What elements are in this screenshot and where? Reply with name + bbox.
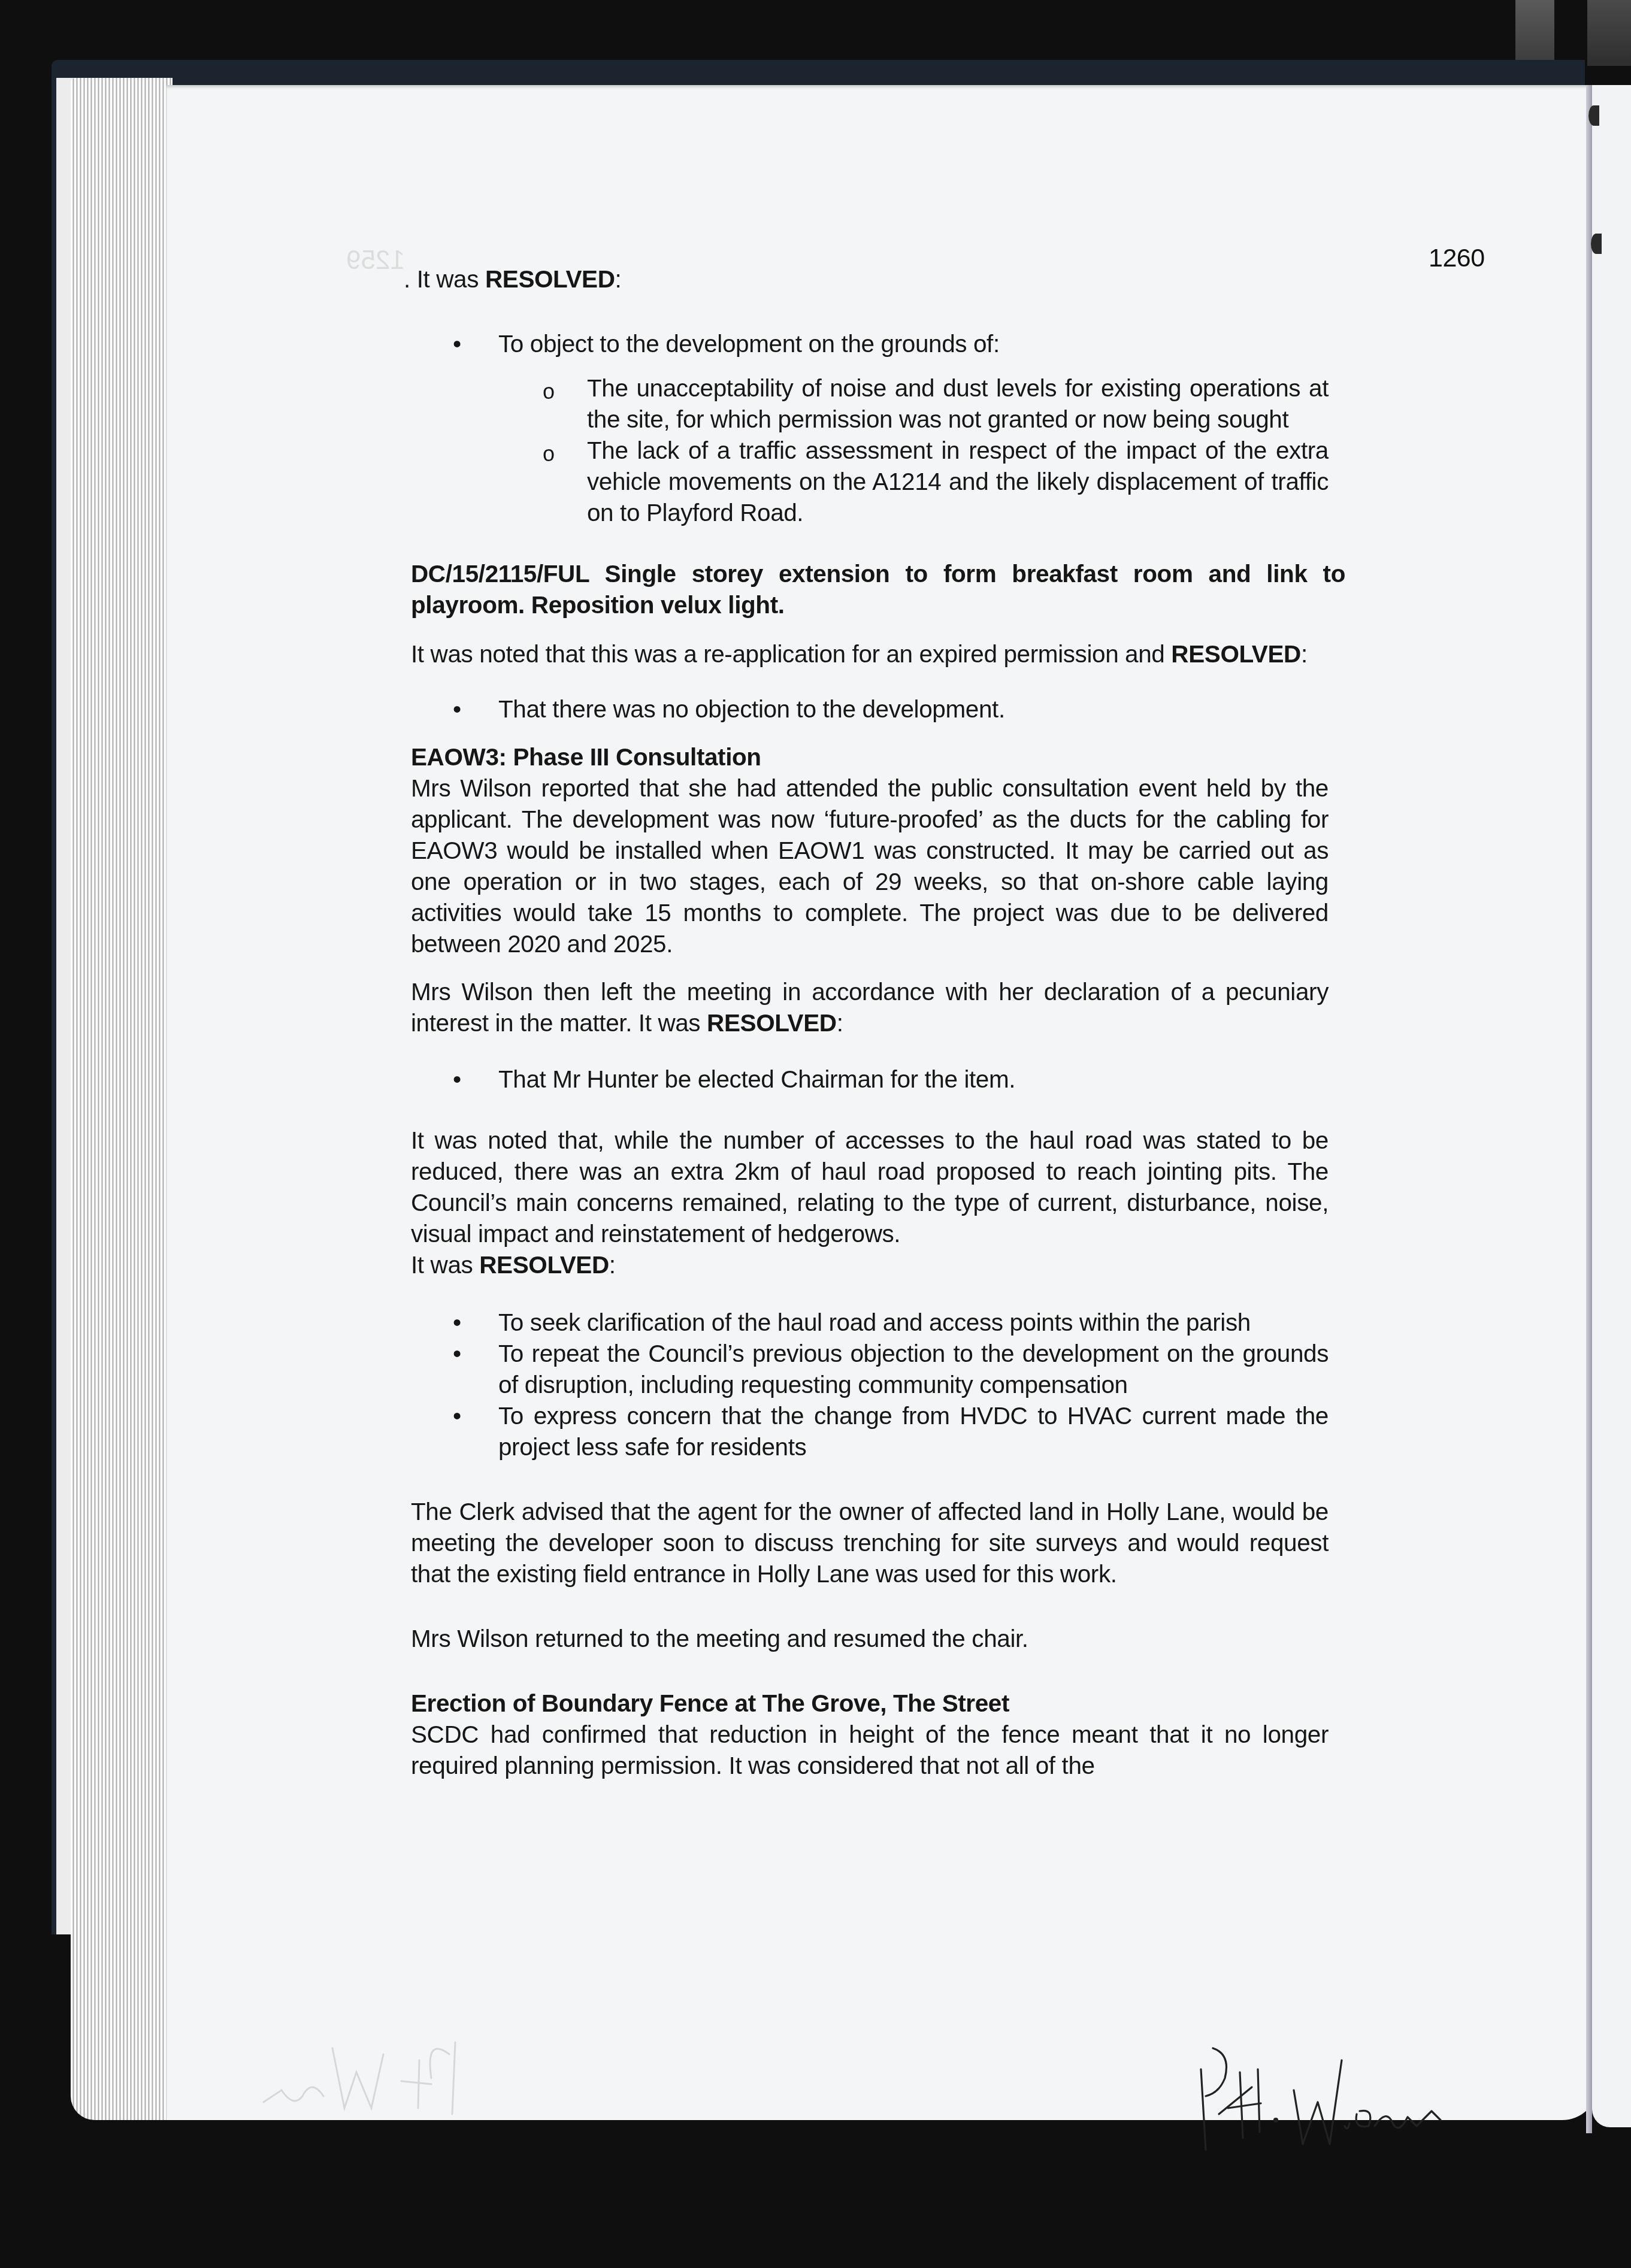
show-through-signature	[240, 2030, 467, 2120]
list-item: • To repeat the Council’s previous objec…	[411, 1338, 1329, 1400]
bullet-icon: •	[453, 1064, 461, 1095]
bullet-icon: •	[453, 694, 461, 725]
section-heading-eaow3: EAOW3: Phase III Consultation	[411, 741, 1329, 773]
book-gutter	[1586, 85, 1592, 2133]
bullet-icon: •	[453, 328, 461, 359]
section-heading-fence: Erection of Boundary Fence at The Grove,…	[411, 1688, 1329, 1719]
signature	[1195, 2036, 1447, 2156]
eaow3-resolved-line: It was RESOLVED:	[411, 1249, 1329, 1280]
objection-list: • To object to the development on the gr…	[411, 328, 1329, 359]
minutes-content: . It was RESOLVED: • To object to the de…	[411, 264, 1329, 1781]
dc15-paragraph: It was noted that this was a re-applicat…	[411, 638, 1329, 670]
page-stack-edges	[71, 78, 173, 2120]
bullet-icon: •	[453, 1307, 461, 1338]
page-number: 1260	[1429, 244, 1485, 273]
bullet-icon: •	[453, 1400, 461, 1431]
chairman-resolution-list: • That Mr Hunter be elected Chairman for…	[411, 1064, 1329, 1095]
binding-hole-icon	[1588, 105, 1599, 126]
section-heading-dc15: DC/15/2115/FUL Single storey extension t…	[411, 558, 1345, 620]
list-item: • To seek clarification of the haul road…	[411, 1307, 1329, 1338]
next-page-edge	[1592, 85, 1631, 2127]
circle-bullet-icon: o	[543, 376, 555, 407]
resolved-intro: . It was RESOLVED:	[404, 264, 1329, 295]
list-item: • That Mr Hunter be elected Chairman for…	[411, 1064, 1329, 1095]
list-item: • To express concern that the change fro…	[411, 1400, 1329, 1462]
clerk-paragraph: The Clerk advised that the agent for the…	[411, 1496, 1329, 1589]
wilson-returned-paragraph: Mrs Wilson returned to the meeting and r…	[411, 1623, 1329, 1654]
show-through-page-number: 1259	[346, 246, 405, 275]
sub-list-item: o The lack of a traffic assessment in re…	[411, 435, 1329, 528]
fence-paragraph: SCDC had confirmed that reduction in hei…	[411, 1719, 1329, 1781]
list-item: • That there was no objection to the dev…	[411, 694, 1329, 725]
eaow3-paragraph-2: Mrs Wilson then left the meeting in acco…	[411, 976, 1329, 1038]
circle-bullet-icon: o	[543, 438, 555, 470]
eaow3-paragraph-1: Mrs Wilson reported that she had attende…	[411, 773, 1329, 959]
dc15-resolution-list: • That there was no objection to the dev…	[411, 694, 1329, 725]
list-item: • To object to the development on the gr…	[411, 328, 1329, 359]
binding-hole-icon	[1591, 234, 1602, 254]
eaow3-paragraph-3: It was noted that, while the number of a…	[411, 1125, 1329, 1249]
background-edge	[1515, 0, 1554, 66]
sub-list-item: o The unacceptability of noise and dust …	[411, 373, 1329, 435]
bullet-icon: •	[453, 1338, 461, 1369]
background-edge	[1587, 0, 1631, 66]
eaow3-resolution-list: • To seek clarification of the haul road…	[411, 1307, 1329, 1462]
